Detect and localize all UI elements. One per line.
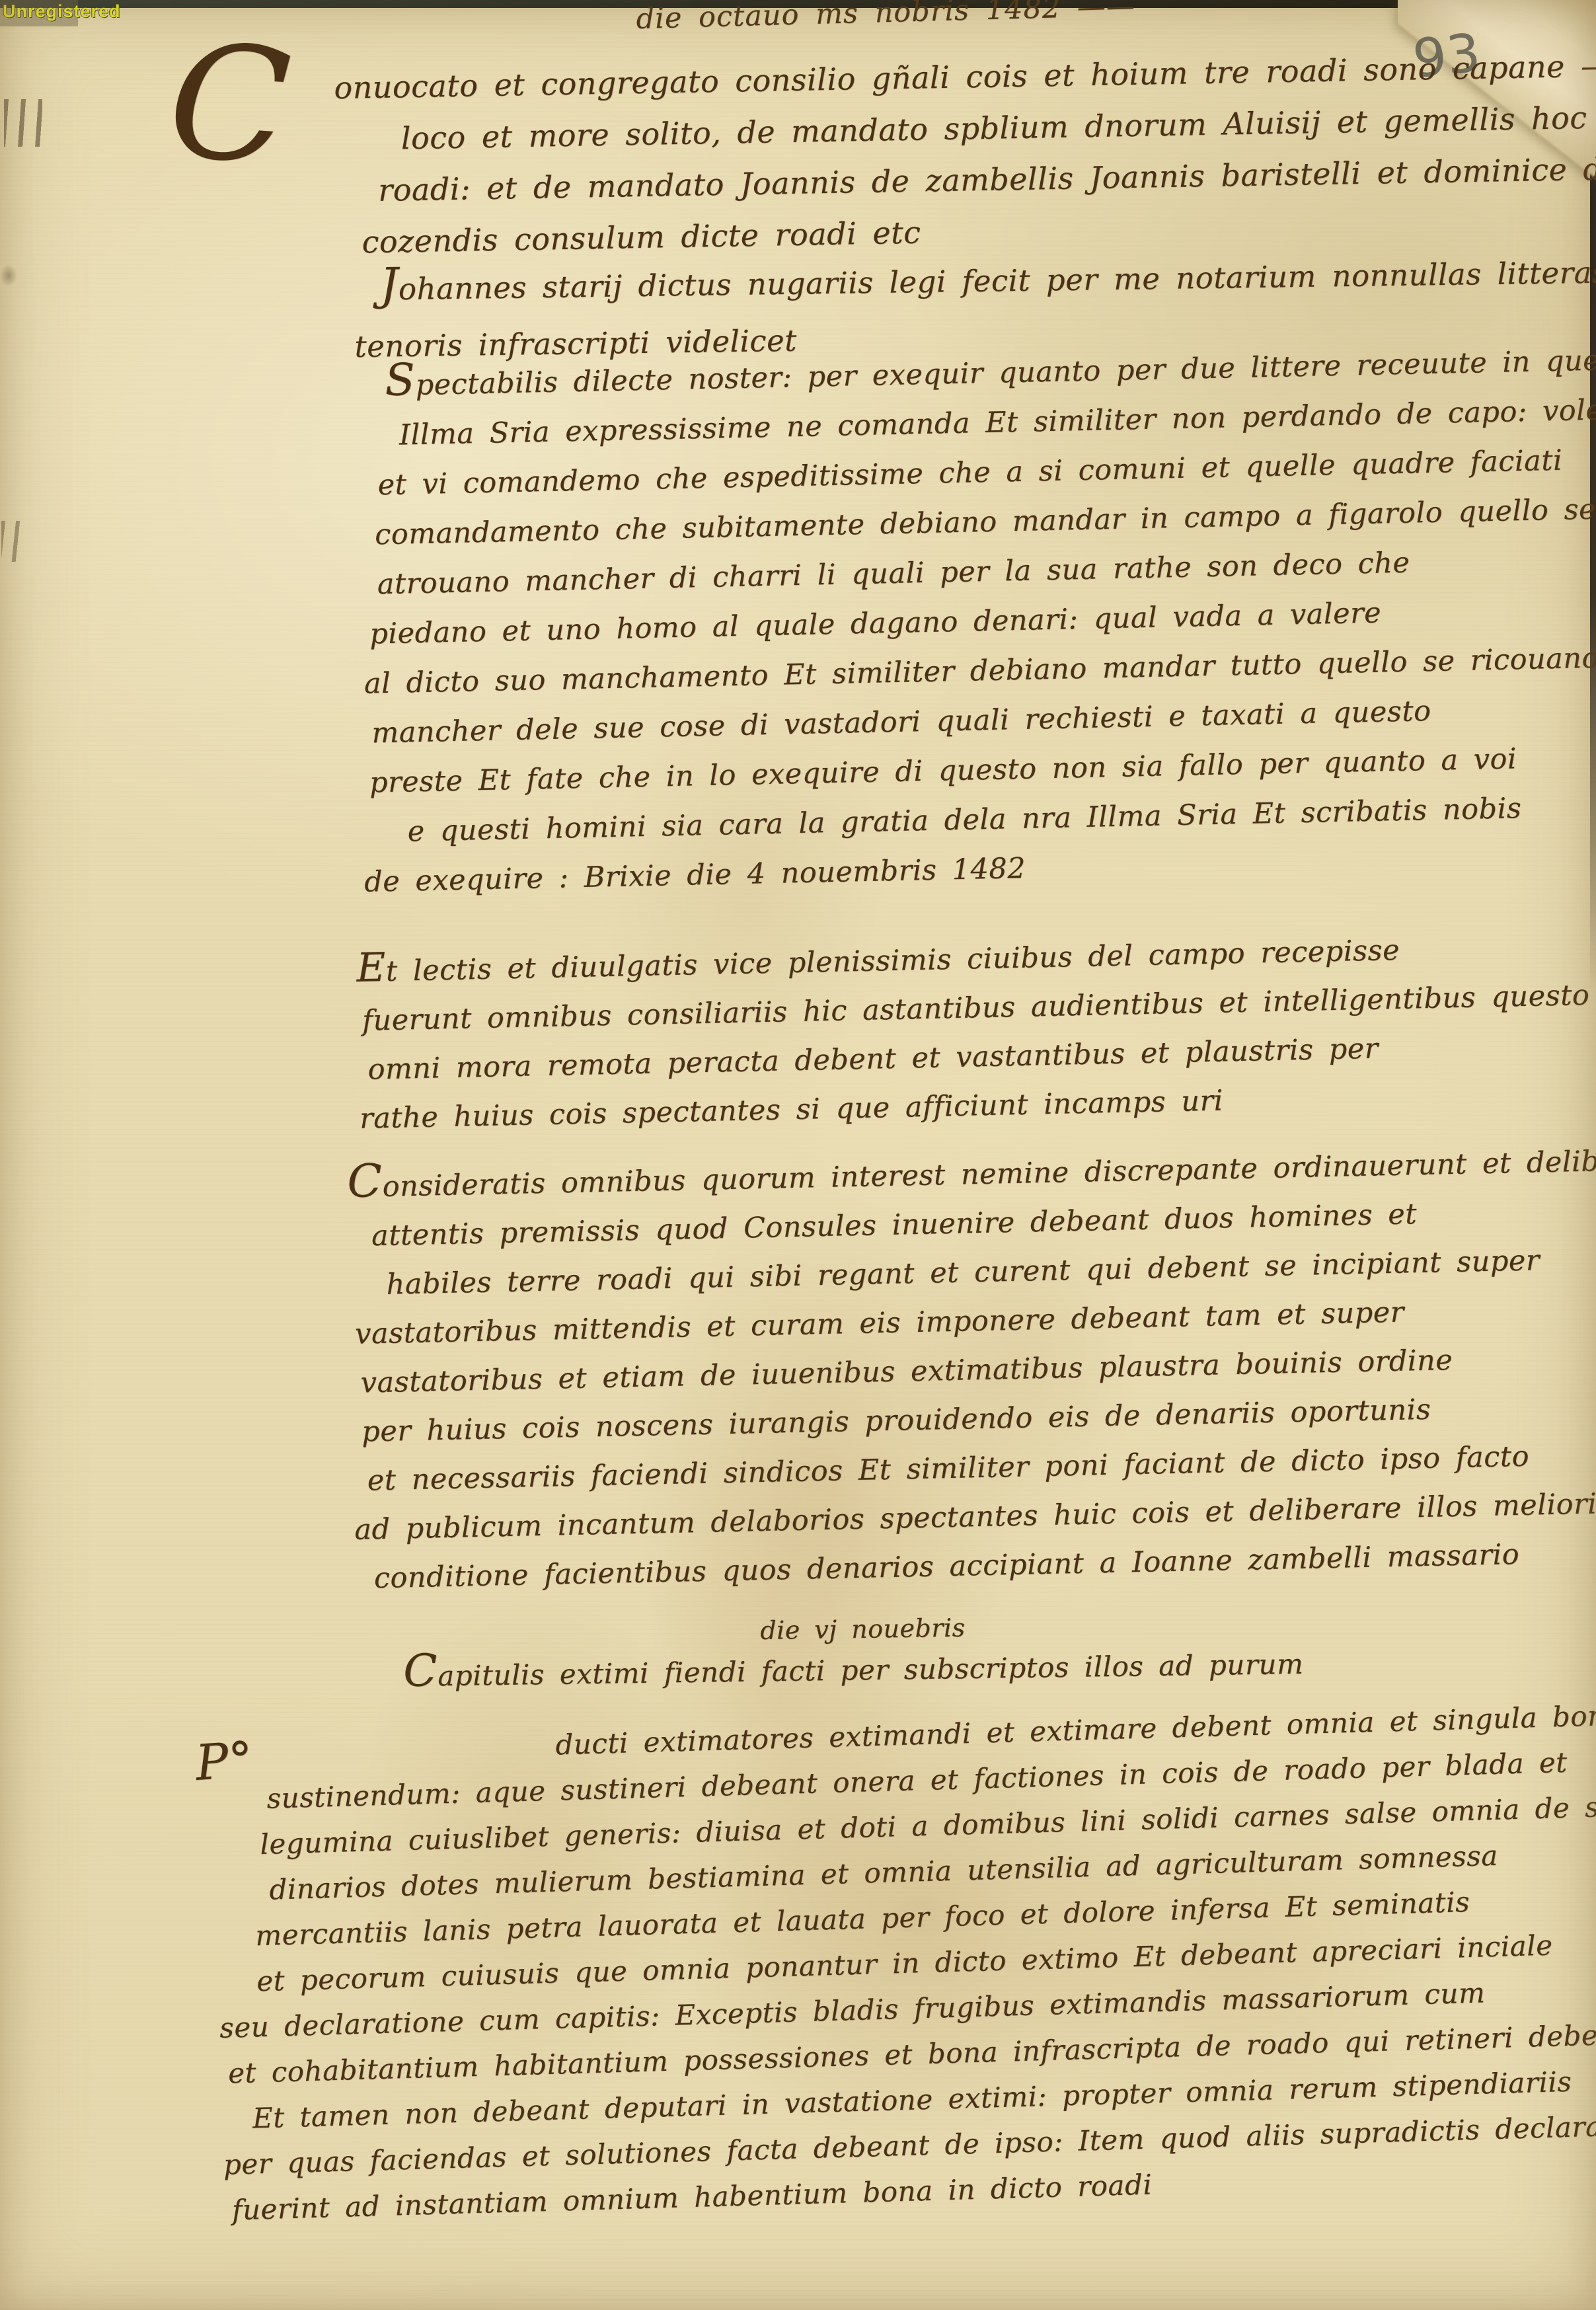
date-heading: die octauo ms nobris 1482 —— xyxy=(636,0,1135,36)
manuscript-line: Capitulis extimi fiendi facti per subscr… xyxy=(403,1642,1596,1707)
section-estimo-chapter: ducti extimatores extimandi et extimare … xyxy=(211,1703,1480,2240)
section-convocation: onuocato et congregato consilio gñali co… xyxy=(334,48,1593,276)
initial-letter-c: C xyxy=(164,22,295,188)
unregistered-watermark: Unregistered xyxy=(3,1,121,22)
margin-ink-mark xyxy=(0,264,17,287)
margin-ink-mark xyxy=(4,99,42,147)
margin-ink-mark xyxy=(1,521,22,562)
section-deliberation: Consideratis omnibus quorum interest nem… xyxy=(347,1145,1596,1611)
section-capitula-heading: Capitulis extimi fiendi facti per subscr… xyxy=(403,1642,1596,1707)
manuscript-page: Unregistered 93 die octauo ms nobris 148… xyxy=(0,0,1596,2310)
section-ducal-letter: Spectabilis dilecte noster: per exequir … xyxy=(354,344,1596,915)
section-lectis: Et lectis et diuulgatis vice plenissimis… xyxy=(354,929,1596,1151)
